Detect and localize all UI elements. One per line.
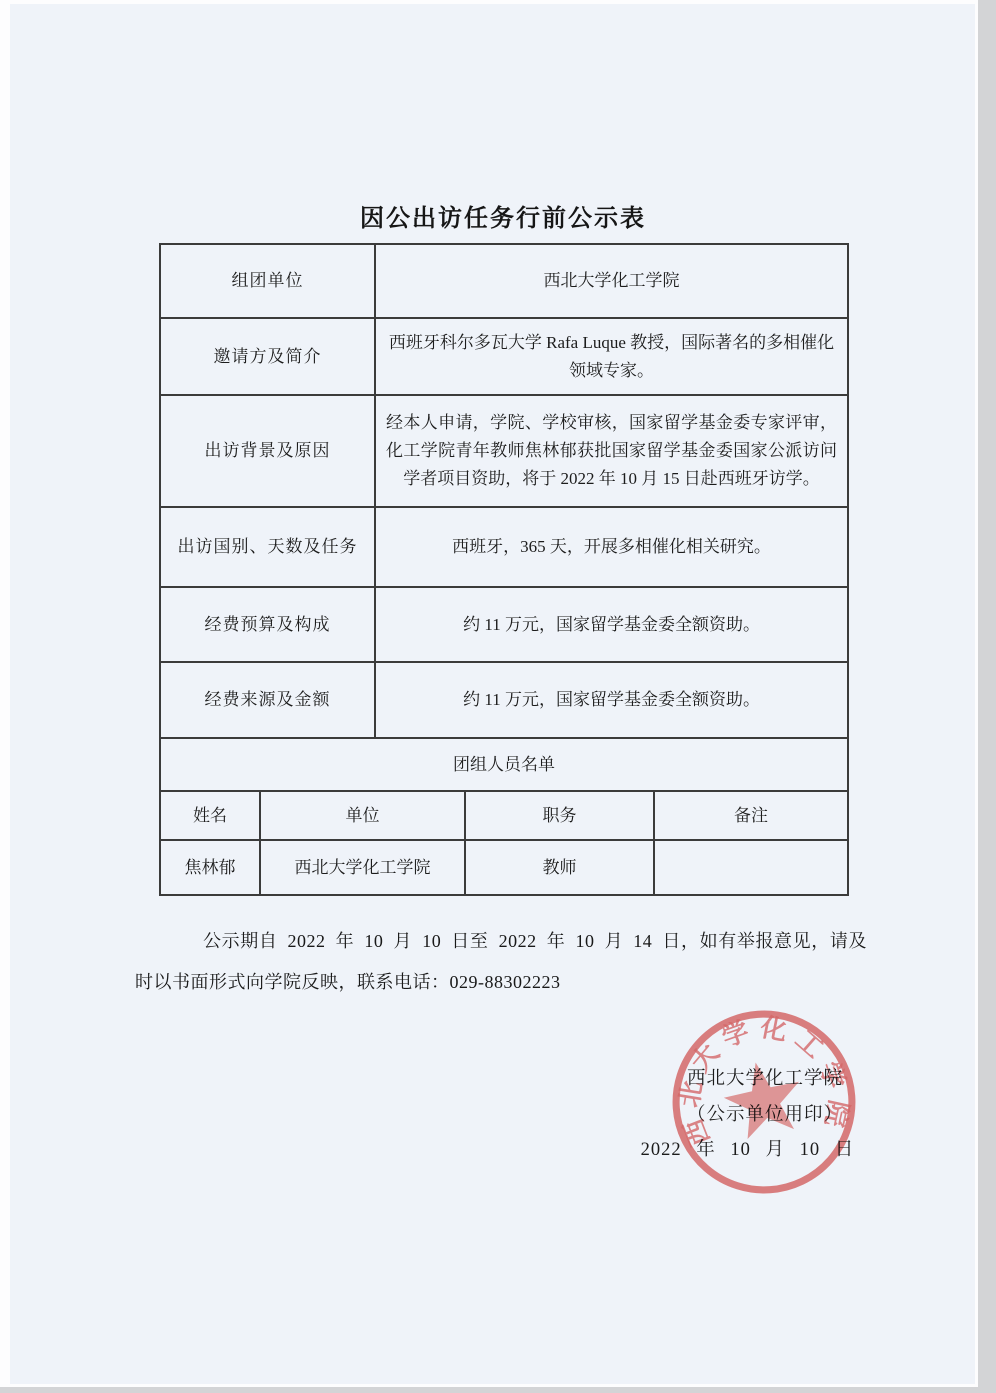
row-label-group-unit: 组团单位: [160, 244, 375, 318]
personnel-name: 焦林郁: [160, 840, 260, 895]
publicity-notice-paragraph: 公示期自 2022 年 10 月 10 日至 2022 年 10 月 14 日，…: [135, 921, 867, 1003]
table-row: 组团单位 西北大学化工学院: [160, 244, 848, 318]
official-seal-stamp: 西北大学化工学院: [662, 1000, 867, 1205]
personnel-data-row: 焦林郁 西北大学化工学院 教师: [160, 840, 848, 895]
table-row: 出访国别、天数及任务 西班牙，365 天，开展多相催化相关研究。: [160, 507, 848, 587]
row-label-budget: 经费预算及构成: [160, 587, 375, 662]
document-title: 因公出访任务行前公示表: [159, 198, 847, 233]
row-label-background: 出访背景及原因: [160, 395, 375, 507]
row-value-group-unit: 西北大学化工学院: [375, 244, 848, 318]
personnel-header-duty: 职务: [465, 791, 654, 840]
personnel-header-name: 姓名: [160, 791, 260, 840]
row-value-funding-source: 约 11 万元，国家留学基金委全额资助。: [375, 662, 848, 738]
row-value-budget: 约 11 万元，国家留学基金委全额资助。: [375, 587, 848, 662]
table-row: 邀请方及简介 西班牙科尔多瓦大学 Rafa Luque 教授，国际著名的多相催化…: [160, 318, 848, 395]
publicity-form-table: 组团单位 西北大学化工学院 邀请方及简介 西班牙科尔多瓦大学 Rafa Luqu…: [159, 243, 849, 896]
personnel-section-title: 团组人员名单: [160, 738, 848, 791]
seal-star-icon: [718, 1054, 808, 1142]
table-row: 经费来源及金额 约 11 万元，国家留学基金委全额资助。: [160, 662, 848, 738]
personnel-unit: 西北大学化工学院: [260, 840, 465, 895]
row-value-background: 经本人申请，学院、学校审核，国家留学基金委专家评审，化工学院青年教师焦林郁获批国…: [375, 395, 848, 507]
scanner-edge-bottom: [0, 1387, 996, 1393]
personnel-remark: [654, 840, 848, 895]
row-label-funding-source: 经费来源及金额: [160, 662, 375, 738]
personnel-duty: 教师: [465, 840, 654, 895]
row-label-inviter: 邀请方及简介: [160, 318, 375, 395]
row-value-destination: 西班牙，365 天，开展多相催化相关研究。: [375, 507, 848, 587]
row-value-inviter: 西班牙科尔多瓦大学 Rafa Luque 教授，国际著名的多相催化领域专家。: [375, 318, 848, 395]
row-label-destination: 出访国别、天数及任务: [160, 507, 375, 587]
scanner-edge-right: [978, 0, 996, 1393]
personnel-section-row: 团组人员名单: [160, 738, 848, 791]
personnel-header-row: 姓名 单位 职务 备注: [160, 791, 848, 840]
table-row: 经费预算及构成 约 11 万元，国家留学基金委全额资助。: [160, 587, 848, 662]
personnel-header-remark: 备注: [654, 791, 848, 840]
table-row: 出访背景及原因 经本人申请，学院、学校审核，国家留学基金委专家评审，化工学院青年…: [160, 395, 848, 507]
personnel-header-unit: 单位: [260, 791, 465, 840]
